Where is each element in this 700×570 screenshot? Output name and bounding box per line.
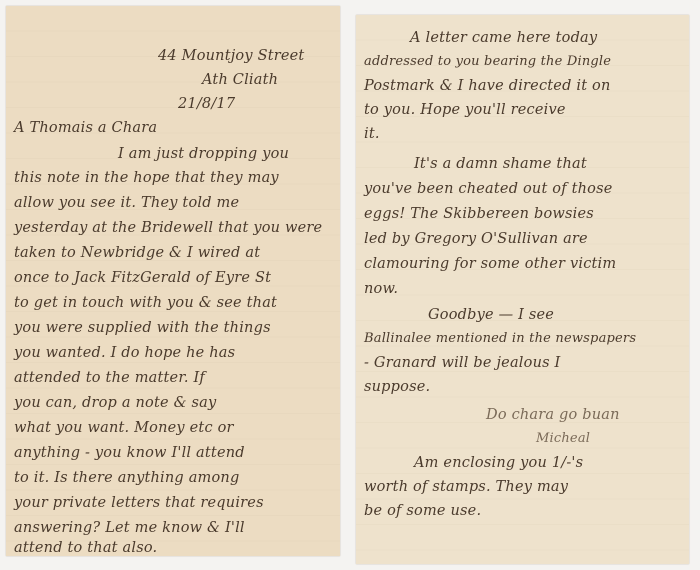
letter-line: to you. Hope you'll receive (364, 102, 566, 118)
letter-line: taken to Newbridge & I wired at (14, 245, 260, 261)
letter-address: 44 Mountjoy Street (158, 48, 304, 64)
letter-signature: Micheal (536, 431, 590, 446)
letter-postscript-line: worth of stamps. They may (364, 479, 568, 495)
letter-line: A letter came here today (410, 30, 597, 46)
letter-line: yesterday at the Bridewell that you were (14, 220, 322, 236)
letter-postscript-line: Am enclosing you 1/-'s (414, 455, 583, 471)
letter-place: Ath Cliath (202, 72, 278, 88)
letter-line: Goodbye — I see (428, 307, 554, 323)
letter-line: anything - you know I'll attend (14, 445, 245, 461)
letter-line: now. (364, 281, 398, 297)
letter-line: answering? Let me know & I'll (14, 520, 245, 536)
letter-line: you wanted. I do hope he has (14, 345, 235, 361)
letter-line: you can, drop a note & say (14, 395, 216, 411)
letter-line: allow you see it. They told me (14, 195, 239, 211)
letter-line: you've been cheated out of those (364, 181, 613, 197)
letter-page-right: A letter came here today addressed to yo… (356, 15, 689, 564)
letter-salutation: A Thomais a Chara (14, 120, 157, 136)
letter-line: - Granard will be jealous I (364, 355, 560, 371)
letter-line: your private letters that requires (14, 495, 264, 511)
letter-line: led by Gregory O'Sullivan are (364, 231, 588, 247)
letter-line: I am just dropping you (118, 146, 289, 162)
letter-line: clamouring for some other victim (364, 256, 616, 272)
letter-line: you were supplied with the things (14, 320, 271, 336)
letter-line: to it. Is there anything among (14, 470, 239, 486)
letter-line: this note in the hope that they may (14, 170, 279, 186)
letter-page-left: 44 Mountjoy Street Ath Cliath 21/8/17 A … (6, 6, 340, 556)
letter-date: 21/8/17 (178, 96, 235, 112)
letter-line: Ballinalee mentioned in the newspapers (364, 331, 636, 346)
letter-line: attended to the matter. If (14, 370, 205, 386)
letter-line: eggs! The Skibbereen bowsies (364, 206, 594, 222)
letter-line: it. (364, 126, 380, 142)
letter-line: It's a damn shame that (414, 156, 587, 172)
letter-line: suppose. (364, 379, 430, 395)
letter-line: Postmark & I have directed it on (364, 78, 611, 94)
letter-line: to get in touch with you & see that (14, 295, 277, 311)
letter-line: what you want. Money etc or (14, 420, 234, 436)
letter-closing: Do chara go buan (486, 407, 620, 423)
letter-line: once to Jack FitzGerald of Eyre St (14, 270, 271, 286)
letter-line: addressed to you bearing the Dingle (364, 54, 611, 69)
letter-postscript-line: be of some use. (364, 503, 481, 519)
letter-line: attend to that also. (14, 540, 157, 556)
